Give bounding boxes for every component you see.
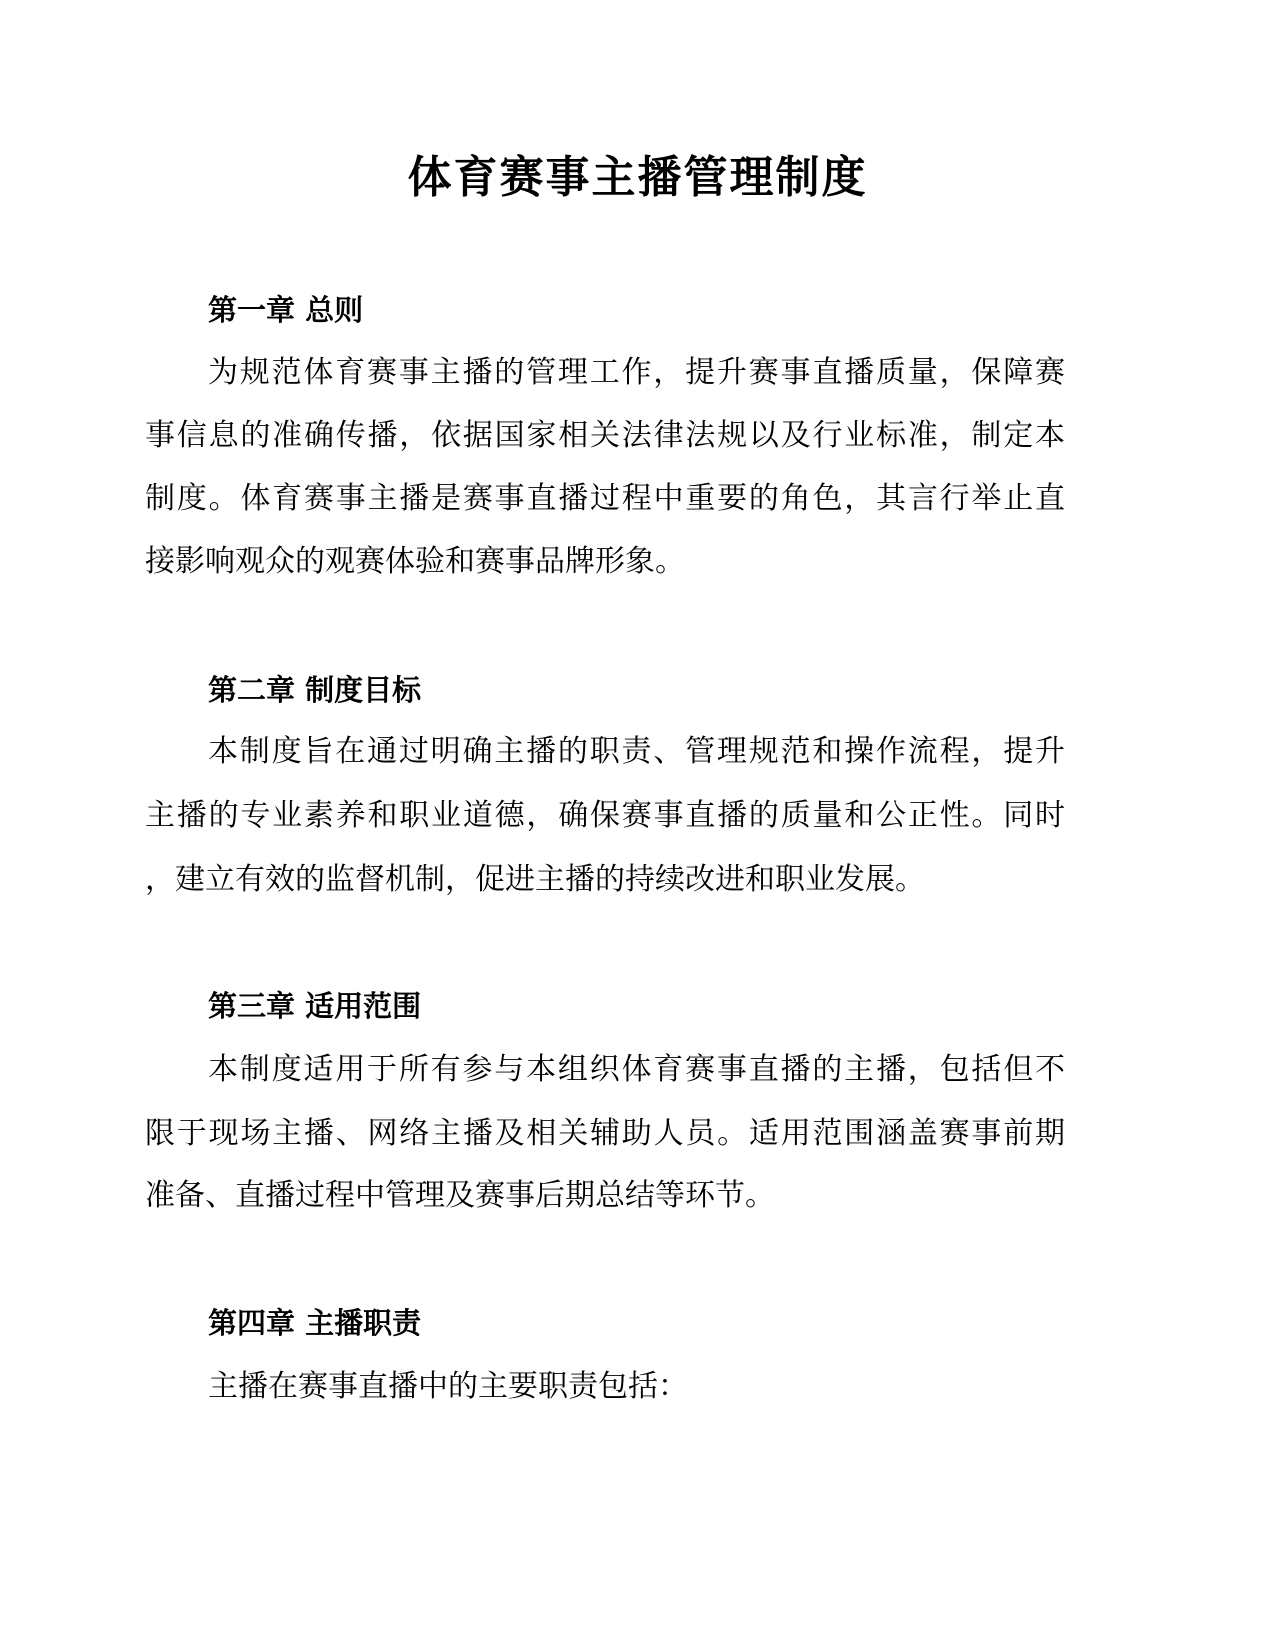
paragraph-line: 主播在赛事直播中的主要职责包括： [208, 1367, 1065, 1407]
paragraph-line: 准备、直播过程中管理及赛事后期总结等环节。 [145, 1176, 1065, 1216]
paragraph-line: 本制度适用于所有参与本组织体育赛事直播的主播，包括但不 [208, 1050, 1065, 1090]
paragraph-line: 接影响观众的观赛体验和赛事品牌形象。 [145, 542, 1065, 582]
paragraph-line: 限于现场主播、网络主播及相关辅助人员。适用范围涵盖赛事前期 [145, 1114, 1065, 1154]
paragraph-line: ，建立有效的监督机制，促进主播的持续改进和职业发展。 [145, 860, 1065, 900]
paragraph-line: 主播的专业素养和职业道德，确保赛事直播的质量和公正性。同时 [145, 796, 1065, 836]
chapter-heading: 第三章 适用范围 [208, 986, 421, 1026]
document-title: 体育赛事主播管理制度 [0, 148, 1275, 208]
paragraph-line: 本制度旨在通过明确主播的职责、管理规范和操作流程，提升 [208, 732, 1065, 772]
paragraph-line: 为规范体育赛事主播的管理工作，提升赛事直播质量，保障赛 [208, 353, 1065, 393]
chapter-heading: 第四章 主播职责 [208, 1303, 421, 1343]
paragraph-line: 制度。体育赛事主播是赛事直播过程中重要的角色，其言行举止直 [145, 479, 1065, 519]
paragraph-line: 事信息的准确传播，依据国家相关法律法规以及行业标准，制定本 [145, 416, 1065, 456]
chapter-heading: 第一章 总则 [208, 290, 363, 330]
chapter-heading: 第二章 制度目标 [208, 670, 421, 710]
